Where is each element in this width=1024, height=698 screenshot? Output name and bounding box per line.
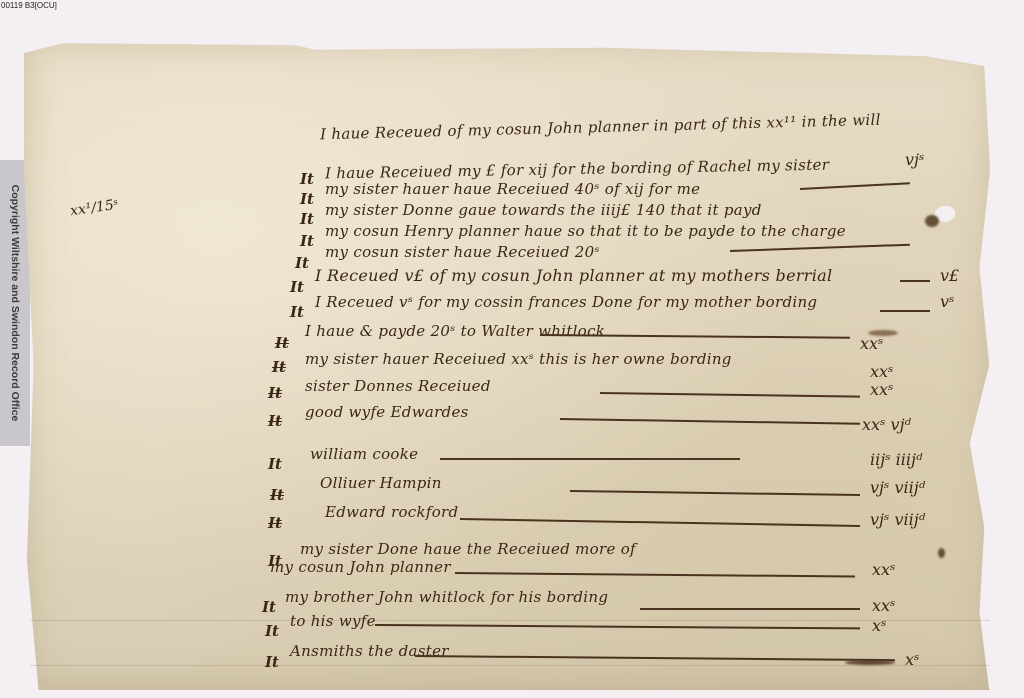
entry-amount: vjˢ viijᵈ bbox=[870, 510, 925, 529]
ink-blot bbox=[938, 548, 945, 558]
entry-rule bbox=[900, 280, 930, 282]
entry-text: my cosun John planner bbox=[270, 558, 451, 576]
entry-amount: xxˢ vjᵈ bbox=[862, 415, 911, 434]
entry-text: Olliuer Hampin bbox=[320, 474, 442, 492]
entry-amount: xxˢ bbox=[872, 596, 895, 615]
ink-blot bbox=[845, 660, 895, 665]
item-marker: It bbox=[290, 278, 304, 296]
item-marker: It bbox=[300, 170, 314, 188]
entry-amount: vjˢ bbox=[905, 150, 924, 169]
entry-rule bbox=[880, 310, 930, 312]
item-marker: It bbox=[300, 210, 314, 228]
document-reference: 00119 B3[OCU] bbox=[1, 1, 57, 10]
entry-text: Edward rockford bbox=[325, 503, 458, 521]
item-marker: It bbox=[275, 334, 289, 352]
entry-rule bbox=[440, 458, 740, 460]
entry-text: my brother John whitlock for his bording bbox=[285, 588, 608, 606]
item-marker: It bbox=[268, 384, 282, 402]
entry-text: I haue & payde 20ˢ to Walter whitlock bbox=[305, 322, 605, 340]
entry-amount: iijˢ iiijᵈ bbox=[870, 450, 922, 469]
paper-fold bbox=[30, 620, 990, 621]
entry-text: Ansmiths the daster bbox=[290, 642, 449, 660]
paper-fold bbox=[30, 665, 990, 666]
entry-text: my sister Done haue the Receiued more of bbox=[300, 540, 636, 558]
item-marker: It bbox=[268, 412, 282, 430]
entry-text: my sister hauer Receiued xxˢ this is her… bbox=[305, 350, 732, 368]
entry-amount: xxˢ bbox=[870, 380, 893, 399]
entry-amount: v£ bbox=[940, 266, 959, 285]
entry-amount: xˢ bbox=[872, 616, 886, 635]
item-marker: It bbox=[300, 190, 314, 208]
item-marker: It bbox=[290, 303, 304, 321]
entry-text: my sister hauer haue Receiued 40ˢ of xij… bbox=[325, 180, 700, 198]
item-marker: It bbox=[300, 232, 314, 250]
entry-amount: xxˢ bbox=[860, 334, 883, 353]
entry-text: I Receued vˢ for my cossin frances Done … bbox=[315, 293, 817, 311]
entry-text: sister Donnes Receiued bbox=[305, 377, 491, 395]
entry-text: good wyfe Edwardes bbox=[305, 403, 469, 421]
entry-amount: vˢ bbox=[940, 292, 954, 311]
copyright-notice: Copyright Wiltshire and Swindon Record O… bbox=[9, 185, 21, 422]
item-marker: It bbox=[268, 514, 282, 532]
entry-amount: xxˢ bbox=[870, 362, 893, 381]
entry-text: to his wyfe bbox=[290, 612, 376, 630]
entry-text: my cosun Henry planner haue so that it t… bbox=[325, 222, 846, 240]
entry-text: my sister Donne gaue towards the iiij£ 1… bbox=[325, 201, 762, 219]
entry-text: my cosun sister haue Receiued 20ˢ bbox=[325, 243, 600, 261]
item-marker: It bbox=[295, 254, 309, 272]
entry-amount: xxˢ bbox=[872, 560, 895, 579]
entry-text: I Receued v£ of my cosun John planner at… bbox=[315, 266, 832, 285]
entry-rule bbox=[640, 608, 860, 610]
item-marker: It bbox=[262, 598, 276, 616]
item-marker: It bbox=[265, 622, 279, 640]
ink-blot bbox=[925, 215, 939, 227]
entry-amount: xˢ bbox=[905, 650, 919, 669]
item-marker: It bbox=[272, 358, 286, 376]
entry-text: william cooke bbox=[310, 445, 418, 463]
item-marker: It bbox=[265, 653, 279, 671]
item-marker: It bbox=[270, 486, 284, 504]
entry-amount: vjˢ viijᵈ bbox=[870, 478, 925, 497]
item-marker: It bbox=[268, 455, 282, 473]
